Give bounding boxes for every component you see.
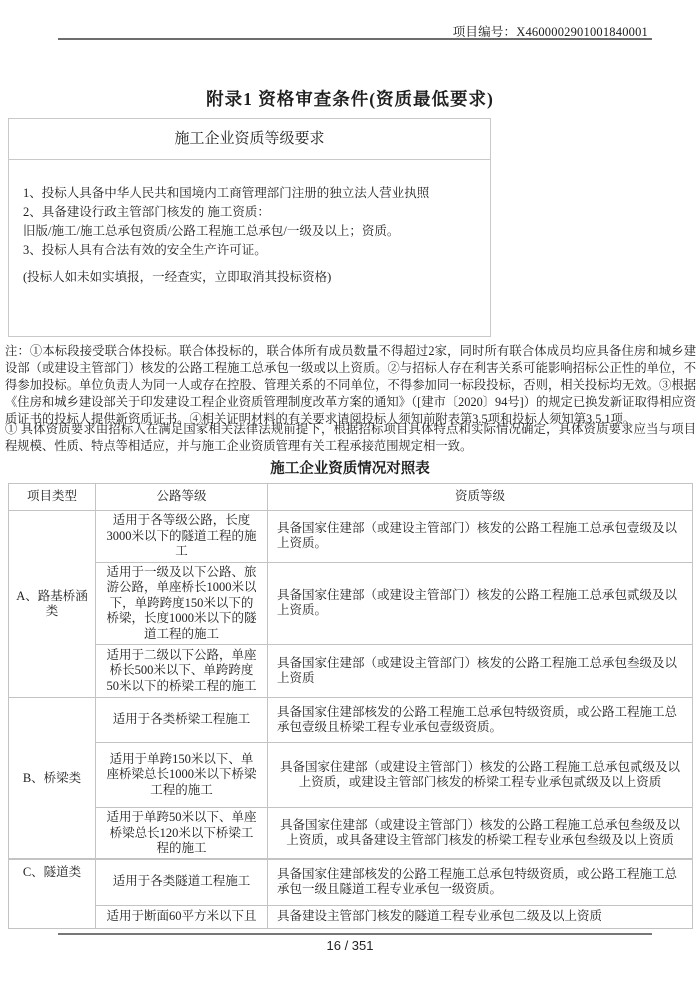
cell-qualification: 具备国家住建部核发的公路工程施工总承包特级资质，或公路工程施工总承包壹级且桥梁工… [268, 698, 693, 743]
table-row: 适用于单跨50米以下、单座桥梁总长120米以下桥梁工程的施工 具备国家住建部（或… [9, 808, 693, 860]
table-row: A、路基桥涵类 适用于各等级公路，长度3000米以下的隧道工程的施工 具备国家住… [9, 511, 693, 563]
note-paragraph-1: 注：①本标段接受联合体投标。联合体投标的，联合体所有成员数量不得超过2家，同时所… [5, 343, 696, 428]
comparison-table-title: 施工企业资质情况对照表 [0, 457, 700, 478]
cell-road: 适用于单跨50米以下、单座桥梁总长120米以下桥梁工程的施工 [96, 808, 268, 860]
note-paragraph-2: ① 具体资质要求由招标人在满足国家相关法律法规前提下，根据招标项目具体特点和实际… [5, 421, 696, 455]
cell-road: 适用于单跨150米以下、单座桥梁总长1000米以下桥梁工程的施工 [96, 743, 268, 808]
cell-qualification: 具备国家住建部（或建设主管部门）核发的公路工程施工总承包贰级及以上资质。 [268, 562, 693, 645]
table-row: 适用于一级及以下公路、旅游公路，单座桥长1000米以下，单跨跨度150米以下的桥… [9, 562, 693, 645]
cell-road: 适用于各类隧道工程施工 [96, 859, 268, 906]
header-project-type: 项目类型 [9, 484, 96, 511]
group-label-a: A、路基桥涵类 [9, 511, 96, 698]
group-label-b: B、桥梁类 [9, 698, 96, 860]
requirement-line: 1、投标人具备中华人民共和国境内工商管理部门注册的独立法人营业执照 [23, 184, 476, 203]
header-qualification-grade: 资质等级 [268, 484, 693, 511]
table-row: 适用于二级以下公路，单座桥长500米以下、单跨跨度50米以下的桥梁工程的施工 具… [9, 645, 693, 698]
table-row: 适用于单跨150米以下、单座桥梁总长1000米以下桥梁工程的施工 具备国家住建部… [9, 743, 693, 808]
cell-road: 适用于各类桥梁工程施工 [96, 698, 268, 743]
qualification-requirement-box: 施工企业资质等级要求 1、投标人具备中华人民共和国境内工商管理部门注册的独立法人… [8, 118, 491, 337]
page-title: 附录1 资格审查条件(资质最低要求) [0, 86, 700, 111]
table-row: B、桥梁类 适用于各类桥梁工程施工 具备国家住建部核发的公路工程施工总承包特级资… [9, 698, 693, 743]
requirement-box-header: 施工企业资质等级要求 [9, 119, 490, 160]
requirement-line: (投标人如未如实填报，一经查实，立即取消其投标资格) [23, 268, 476, 287]
group-label-c: C、隧道类 [9, 859, 96, 929]
cell-road: 适用于一级及以下公路、旅游公路，单座桥长1000米以下，单跨跨度150米以下的桥… [96, 562, 268, 645]
header-road-grade: 公路等级 [96, 484, 268, 511]
table-row: 适用于断面60平方米以下且 具备建设主管部门核发的隧道工程专业承包二级及以上资质 [9, 906, 693, 929]
header-rule [58, 38, 652, 40]
cell-qualification: 具备国家住建部（或建设主管部门）核发的公路工程施工总承包叁级及以上资质 [268, 645, 693, 698]
document-page: 项目编号：X4600002901001840001 附录1 资格审查条件(资质最… [0, 0, 700, 990]
table-header-row: 项目类型 公路等级 资质等级 [9, 484, 693, 511]
requirement-line: 旧版/施工/施工总承包资质/公路工程施工总承包/一级及以上；资质。 [23, 222, 476, 241]
cell-qualification: 具备国家住建部核发的公路工程施工总承包特级资质，或公路工程施工总承包一级且隧道工… [268, 859, 693, 906]
comparison-table-part1: 项目类型 公路等级 资质等级 A、路基桥涵类 适用于各等级公路，长度3000米以… [8, 483, 693, 860]
cell-qualification: 具备建设主管部门核发的隧道工程专业承包二级及以上资质 [268, 906, 693, 929]
page-number: 16 / 351 [0, 938, 700, 953]
cell-road: 适用于各等级公路，长度3000米以下的隧道工程的施工 [96, 511, 268, 563]
cell-qualification: 具备国家住建部（或建设主管部门）核发的公路工程施工总承包叁级及以上资质，或具备建… [268, 808, 693, 860]
blank-line [23, 260, 476, 268]
cell-qualification: 具备国家住建部（或建设主管部门）核发的公路工程施工总承包贰级及以上资质，或建设主… [268, 743, 693, 808]
cell-qualification: 具备国家住建部（或建设主管部门）核发的公路工程施工总承包壹级及以上资质。 [268, 511, 693, 563]
comparison-table-part2: C、隧道类 适用于各类隧道工程施工 具备国家住建部核发的公路工程施工总承包特级资… [8, 858, 693, 929]
footer-rule [58, 933, 652, 935]
requirement-line: 3、投标人具有合法有效的安全生产许可证。 [23, 241, 476, 260]
cell-road: 适用于二级以下公路，单座桥长500米以下、单跨跨度50米以下的桥梁工程的施工 [96, 645, 268, 698]
requirement-line: 2、具备建设行政主管部门核发的 施工资质： [23, 203, 476, 222]
table-row: C、隧道类 适用于各类隧道工程施工 具备国家住建部核发的公路工程施工总承包特级资… [9, 859, 693, 906]
requirement-box-body: 1、投标人具备中华人民共和国境内工商管理部门注册的独立法人营业执照 2、具备建设… [9, 160, 490, 287]
cell-road: 适用于断面60平方米以下且 [96, 906, 268, 929]
